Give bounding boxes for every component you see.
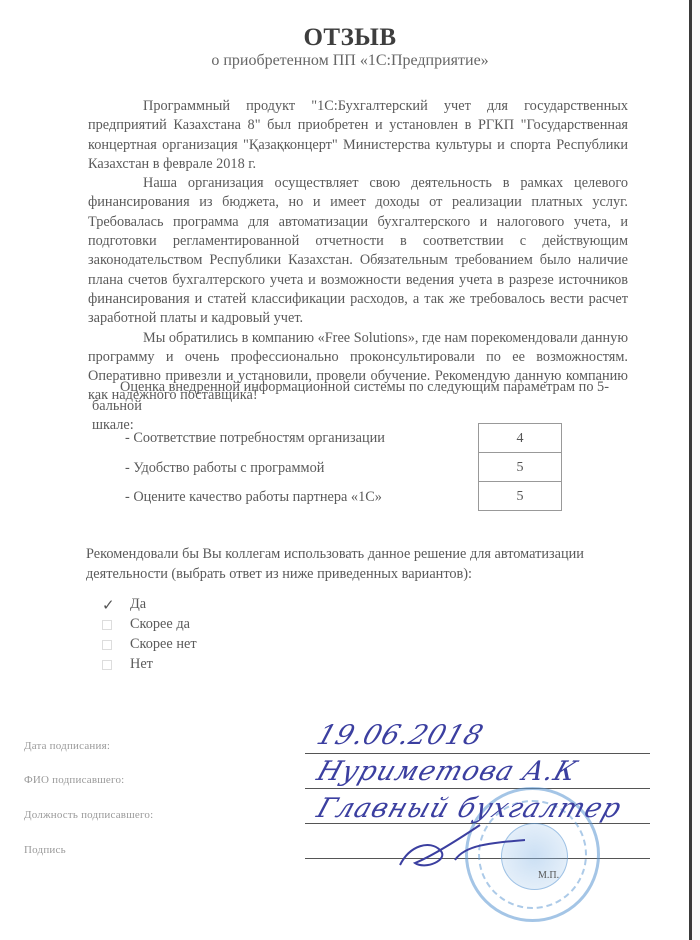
label-sign-date: Дата подписания:: [24, 740, 110, 752]
stamp-mp-text: М.П.: [538, 870, 559, 881]
option-rather-yes[interactable]: Скорее да: [102, 616, 190, 633]
checkbox-icon[interactable]: [102, 640, 112, 650]
rating-intro-line1: Оценка внедренной информационной системы…: [92, 378, 632, 416]
rating-label-usability: - Удобство работы с программой: [125, 460, 324, 477]
paragraph-product: Программный продукт "1С:Бухгалтерский уч…: [88, 97, 628, 174]
option-rather-no-label: Скорее нет: [130, 636, 197, 653]
option-yes[interactable]: ✓ Да: [102, 596, 146, 613]
option-yes-label: Да: [130, 596, 146, 613]
checkmark-icon[interactable]: ✓: [102, 598, 116, 612]
rating-score-partner: 5: [478, 481, 562, 511]
document-title: ОТЗЫВ: [0, 24, 700, 52]
checkbox-icon[interactable]: [102, 620, 112, 630]
option-no[interactable]: Нет: [102, 656, 153, 673]
question-line1: Рекомендовали бы Вы коллегам использоват…: [86, 544, 606, 564]
question-line2: деятельности (выбрать ответ из ниже прив…: [86, 564, 606, 584]
date-line: [305, 753, 650, 754]
label-signer-position: Должность подписавшего:: [24, 809, 153, 821]
option-rather-yes-label: Скорее да: [130, 616, 190, 633]
rating-label-needs: - Соответствие потребностям организации: [125, 430, 385, 447]
document-subtitle: о приобретенном ПП «1С:Предприятие»: [0, 52, 700, 70]
page-edge: [689, 0, 700, 940]
handwritten-name: Нуриметова А.К: [313, 756, 582, 787]
option-no-label: Нет: [130, 656, 153, 673]
rating-score-usability: 5: [478, 452, 562, 482]
recommend-question: Рекомендовали бы Вы коллегам использоват…: [86, 544, 606, 584]
name-line: [305, 788, 650, 789]
checkbox-icon[interactable]: [102, 660, 112, 670]
review-body: Программный продукт "1С:Бухгалтерский уч…: [88, 97, 628, 406]
label-signer-name: ФИО подписавшего:: [24, 774, 124, 786]
paragraph-requirements: Наша организация осуществляет свою деяте…: [88, 174, 628, 328]
option-rather-no[interactable]: Скорее нет: [102, 636, 197, 653]
handwritten-date: 19.06.2018: [313, 720, 488, 751]
rating-score-needs: 4: [478, 423, 562, 453]
label-signature: Подпись: [24, 844, 66, 856]
rating-label-partner: - Оцените качество работы партнера «1С»: [125, 489, 382, 506]
signature-scribble: [395, 815, 535, 875]
